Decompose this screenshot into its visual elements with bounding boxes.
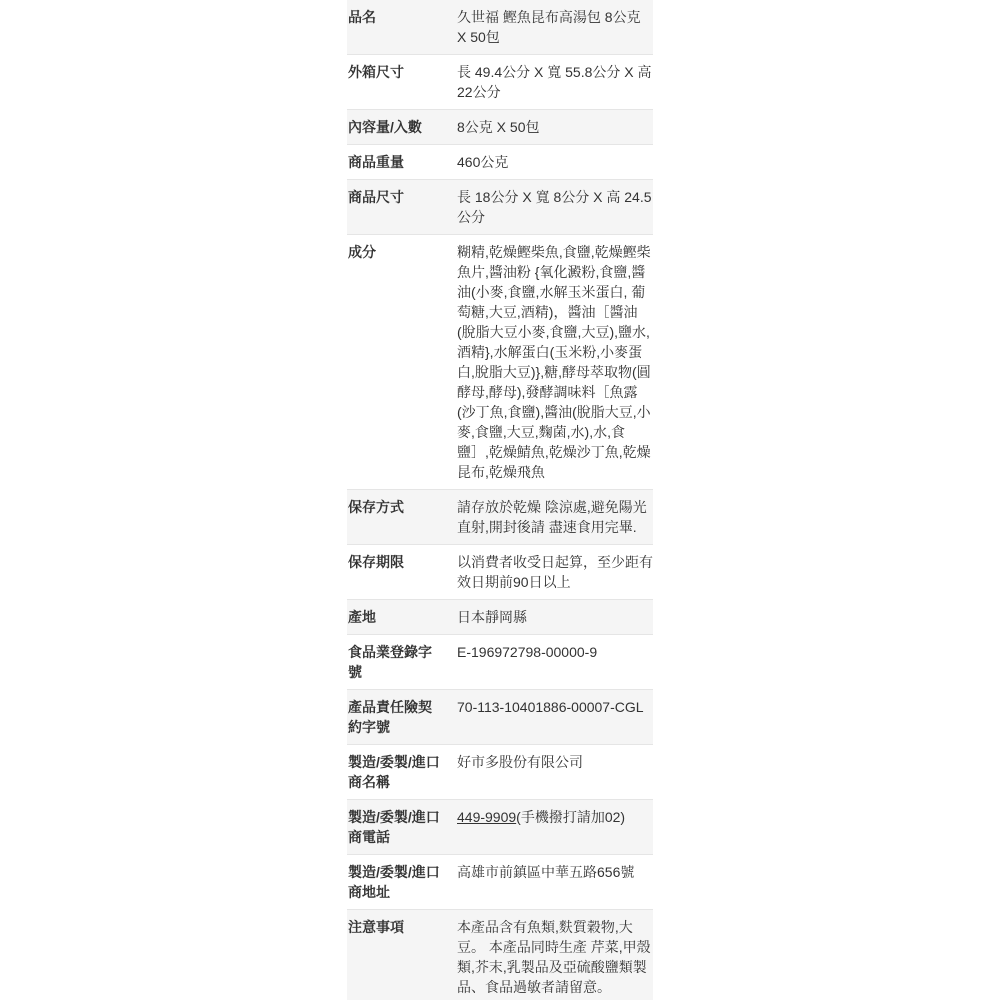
row-label: 保存期限 xyxy=(347,545,457,579)
row-label: 商品尺寸 xyxy=(347,180,457,214)
spec-row-product-dimensions: 商品尺寸 長 18公分 X 寬 8公分 X 高 24.5公分 xyxy=(347,180,653,235)
spec-row-manufacturer-address: 製造/委製/進口商地址 高雄市前鎮區中華五路656號 xyxy=(347,855,653,910)
product-spec-table: 品名 久世福 鰹魚昆布高湯包 8公克 X 50包 外箱尺寸 長 49.4公分 X… xyxy=(347,0,653,1000)
spec-row-product-weight: 商品重量 460公克 xyxy=(347,145,653,180)
row-label: 製造/委製/進口商名稱 xyxy=(347,745,457,799)
spec-row-food-registration-number: 食品業登錄字號 E-196972798-00000-9 xyxy=(347,635,653,690)
row-value: 長 18公分 X 寬 8公分 X 高 24.5公分 xyxy=(457,180,653,234)
spec-row-carton-dimensions: 外箱尺寸 長 49.4公分 X 寬 55.8公分 X 高 22公分 xyxy=(347,55,653,110)
spec-row-ingredients: 成分 糊精,乾燥鰹柴魚,食鹽,乾燥鰹柴魚片,醬油粉 {氧化澱粉,食鹽,醬油(小麥… xyxy=(347,235,653,490)
spec-row-storage-method: 保存方式 請存放於乾燥 陰涼處,避免陽光 直射,開封後請 盡速食用完畢. xyxy=(347,490,653,545)
spec-row-manufacturer-phone: 製造/委製/進口商電話 449-9909(手機撥打請加02) xyxy=(347,800,653,855)
row-value: 本產品含有魚類,麩質穀物,大豆。 本產品同時生產 芹菜,甲殼類,芥末,乳製品及亞… xyxy=(457,910,653,1000)
row-label: 品名 xyxy=(347,0,457,34)
spec-row-contents-count: 內容量/入數 8公克 X 50包 xyxy=(347,110,653,145)
row-value: 以消費者收受日起算，至少距有效日期前90日以上 xyxy=(457,545,653,599)
row-value: 8公克 X 50包 xyxy=(457,110,653,144)
row-label: 內容量/入數 xyxy=(347,110,457,144)
row-value: 449-9909(手機撥打請加02) xyxy=(457,800,653,834)
phone-link[interactable]: 449-9909 xyxy=(457,809,516,825)
row-label: 成分 xyxy=(347,235,457,269)
phone-suffix: (手機撥打請加02) xyxy=(516,809,625,825)
row-label: 製造/委製/進口商地址 xyxy=(347,855,457,909)
row-label: 食品業登錄字號 xyxy=(347,635,457,689)
row-value: 請存放於乾燥 陰涼處,避免陽光 直射,開封後請 盡速食用完畢. xyxy=(457,490,653,544)
row-value: 70-113-10401886-00007-CGL xyxy=(457,690,653,724)
spec-row-liability-insurance-number: 產品責任險契約字號 70-113-10401886-00007-CGL xyxy=(347,690,653,745)
row-label: 保存方式 xyxy=(347,490,457,524)
row-value: 高雄市前鎮區中華五路656號 xyxy=(457,855,653,889)
row-value: 長 49.4公分 X 寬 55.8公分 X 高 22公分 xyxy=(457,55,653,109)
row-value: 460公克 xyxy=(457,145,653,179)
row-label: 製造/委製/進口商電話 xyxy=(347,800,457,854)
spec-row-origin: 產地 日本靜岡縣 xyxy=(347,600,653,635)
row-value: 日本靜岡縣 xyxy=(457,600,653,634)
row-label: 產地 xyxy=(347,600,457,634)
row-label: 產品責任險契約字號 xyxy=(347,690,457,744)
row-label: 注意事項 xyxy=(347,910,457,944)
spec-row-manufacturer-name: 製造/委製/進口商名稱 好市多股份有限公司 xyxy=(347,745,653,800)
row-value: 好市多股份有限公司 xyxy=(457,745,653,779)
row-value: 久世福 鰹魚昆布高湯包 8公克 X 50包 xyxy=(457,0,653,54)
spec-row-notice: 注意事項 本產品含有魚類,麩質穀物,大豆。 本產品同時生產 芹菜,甲殼類,芥末,… xyxy=(347,910,653,1000)
spec-row-shelf-life: 保存期限 以消費者收受日起算，至少距有效日期前90日以上 xyxy=(347,545,653,600)
spec-row-product-name: 品名 久世福 鰹魚昆布高湯包 8公克 X 50包 xyxy=(347,0,653,55)
row-label: 外箱尺寸 xyxy=(347,55,457,89)
row-label: 商品重量 xyxy=(347,145,457,179)
row-value: 糊精,乾燥鰹柴魚,食鹽,乾燥鰹柴魚片,醬油粉 {氧化澱粉,食鹽,醬油(小麥,食鹽… xyxy=(457,235,653,489)
row-value: E-196972798-00000-9 xyxy=(457,635,653,669)
